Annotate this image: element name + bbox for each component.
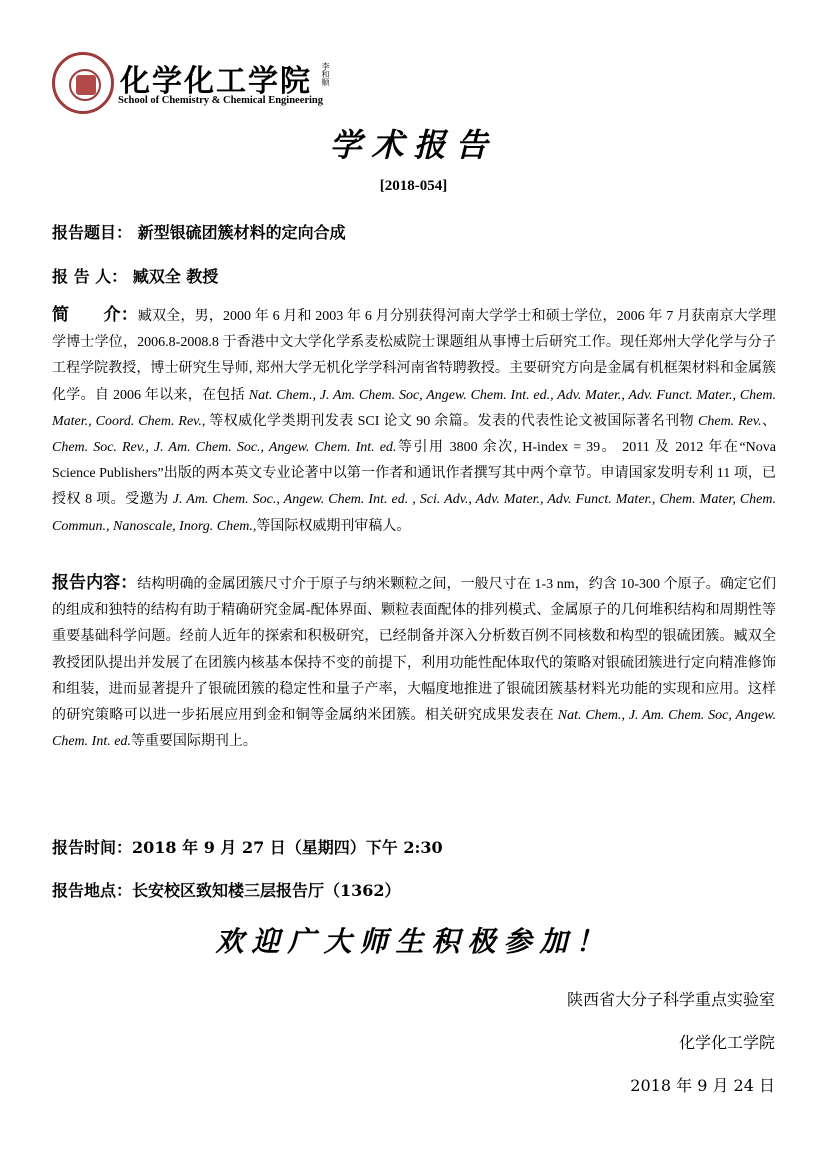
welcome-message: 欢迎广大师生积极参加！ (0, 920, 827, 960)
speaker-row: 报 告 人： 臧双全 教授 (52, 264, 218, 287)
org-school: 化学化工学院 (679, 1030, 775, 1053)
bio-paragraph: 简 介：臧双全，男，2000 年 6 月和 2003 年 6 月分别获得河南大学… (52, 302, 776, 540)
place-row: 报告地点：长安校区致知楼三层报告厅（1362） (52, 878, 401, 901)
time-row: 报告时间：2018 年 9 月 27 日（星期四）下午 2:30 (52, 835, 443, 858)
place-value: 长安校区致知楼三层报告厅（1362） (132, 881, 401, 900)
issue-date: 2018 年 9 月 24 日 (630, 1073, 775, 1096)
content-text: 等重要国际期刊上。 (131, 734, 257, 749)
speaker-label: 报 告 人： (52, 267, 127, 286)
place-label: 报告地点： (52, 881, 132, 900)
school-name: 化学化工学院 (120, 56, 312, 100)
report-code: [2018-054] (0, 178, 827, 195)
page-title: 学术报告 (0, 120, 827, 166)
bio-text: 、 (762, 414, 776, 429)
calligraphy-signature: 李和顺 (320, 62, 331, 86)
org-lab: 陕西省大分子科学重点实验室 (567, 987, 775, 1010)
bio-text: 等权威化学类期刊发表 SCI 论文 90 余篇。发表的代表性论文被国际著名刊物 (205, 414, 698, 429)
logo-seal-mark (76, 75, 96, 95)
topic-row: 报告题目： 新型银硫团簇材料的定向合成 (52, 220, 346, 243)
topic-value: 新型银硫团簇材料的定向合成 (138, 223, 346, 242)
bio-text: 等国际权威期刊审稿人。 (256, 519, 410, 534)
speaker-value: 臧双全 教授 (133, 267, 219, 286)
topic-label: 报告题目： (52, 223, 132, 242)
content-label: 报告内容： (52, 573, 137, 592)
school-logo-seal (52, 52, 114, 114)
bio-journals: Chem. Soc. Rev., J. Am. Chem. Soc., Ange… (52, 440, 396, 455)
time-label: 报告时间： (52, 838, 132, 857)
time-value: 2018 年 9 月 27 日（星期四）下午 2:30 (132, 838, 443, 857)
content-paragraph: 报告内容：结构明确的金属团簇尺寸介于原子与纳米颗粒之间，一般尺寸在 1-3 nm… (52, 570, 776, 755)
bio-journals: Chem. Rev. (698, 414, 762, 429)
content-text: 结构明确的金属团簇尺寸介于原子与纳米颗粒之间，一般尺寸在 1-3 nm，约含 1… (52, 577, 776, 723)
school-english-name: School of Chemistry & Chemical Engineeri… (118, 95, 323, 106)
bio-label: 简 介： (52, 305, 138, 324)
